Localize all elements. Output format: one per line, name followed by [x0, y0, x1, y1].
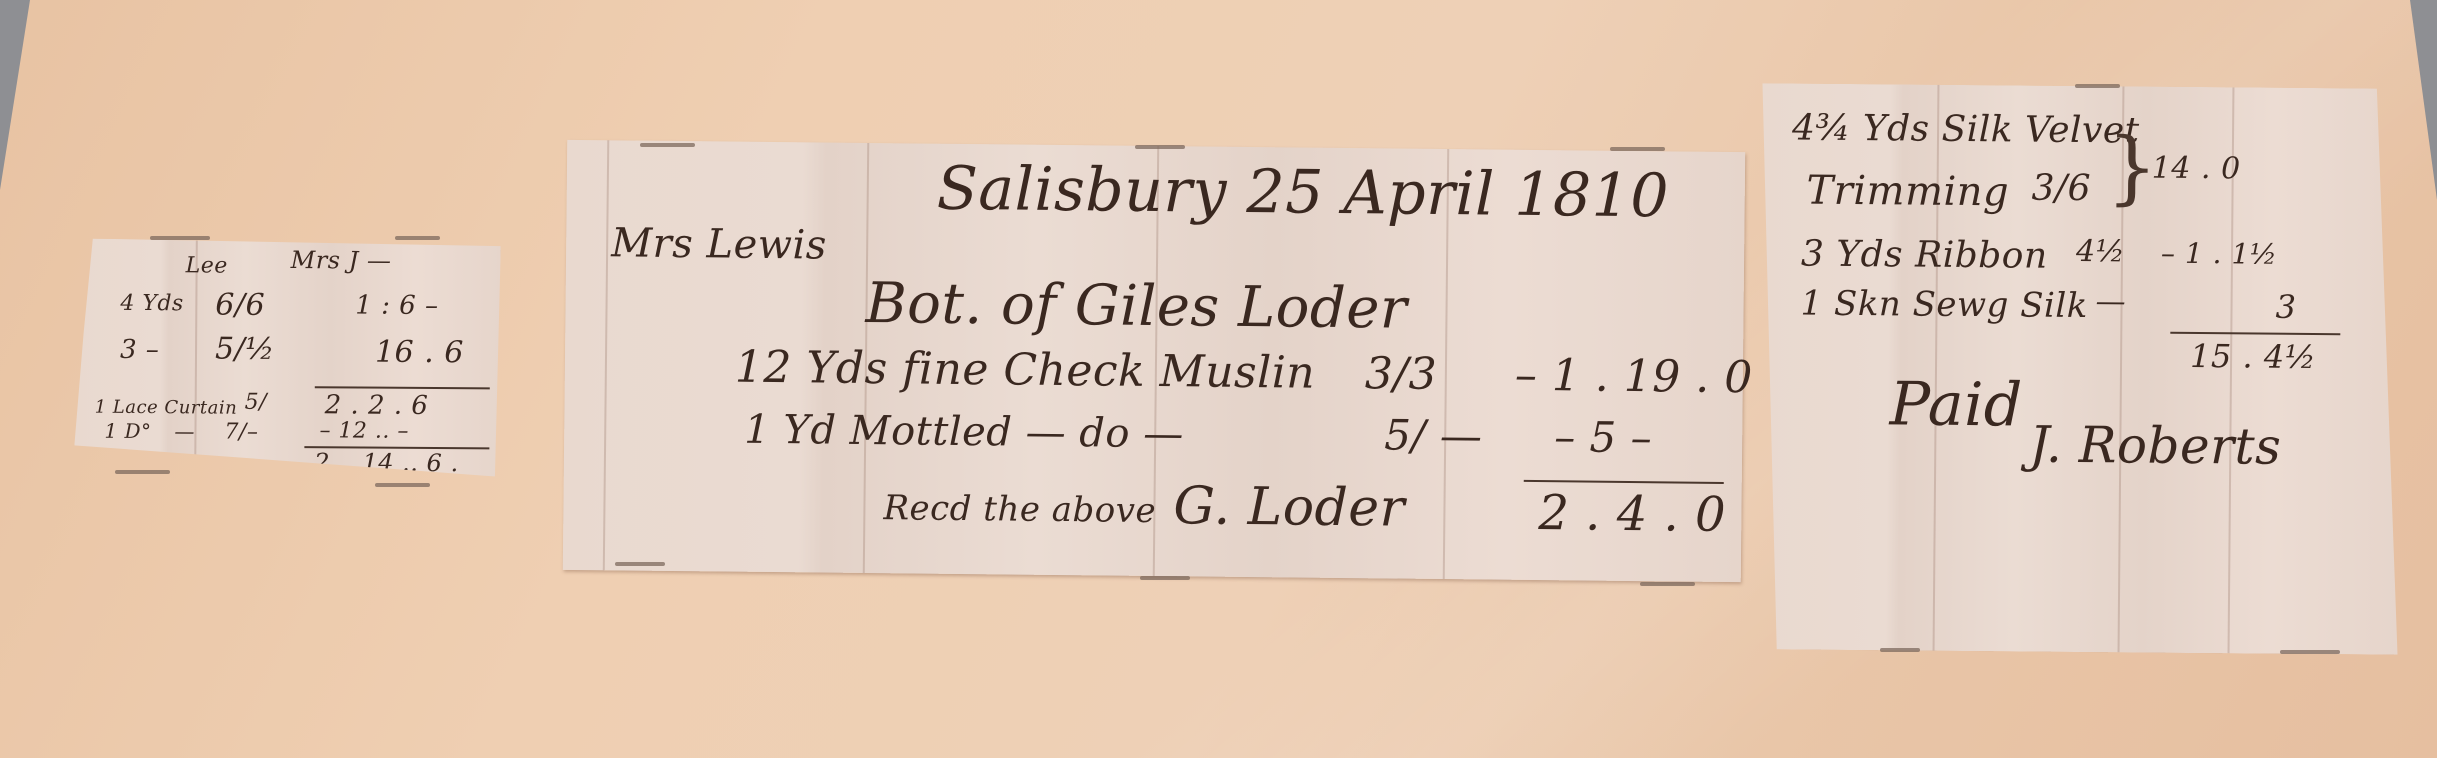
subtotal-rule — [315, 386, 490, 389]
line-item: — — [174, 419, 195, 443]
line-rate: 6/6 — [215, 287, 265, 322]
subtotal-amount: 2 . 2 . 6 — [325, 390, 429, 421]
mount-hinge — [640, 143, 695, 147]
acknowledgement: Paid — [1889, 369, 2023, 440]
receipt-header-recipient: Mrs J — — [291, 246, 392, 275]
mount-hinge — [1135, 145, 1185, 149]
seller: Bot. of Giles Loder — [865, 271, 1407, 342]
mount-hinge — [375, 483, 430, 487]
line-amount: 3 — [2275, 288, 2296, 326]
mount-hinge — [2280, 650, 2340, 654]
mount-hinge — [615, 562, 665, 566]
line-rate: 3/6 — [2031, 168, 2091, 210]
signature: G. Loder — [1173, 476, 1405, 538]
brace-glyph: } — [2106, 120, 2158, 213]
right-receipt: 4¾ Yds Silk Velvet Trimming 3/6 } 14 . 0… — [1758, 83, 2403, 655]
line-rate: 5/ — — [1384, 410, 1483, 460]
signature: J. Roberts — [2029, 416, 2281, 476]
place-date: Salisbury 25 April 1810 — [936, 154, 1669, 232]
line-qty: 3 – — [120, 335, 160, 365]
line-rate: 5/½ — [215, 331, 275, 366]
recipient: Mrs Lewis — [611, 220, 827, 268]
line-qty: 4 Yds — [120, 291, 184, 316]
receipt-total: 2 . 4 . 0 — [1538, 485, 1726, 543]
line-rate: 4½ — [2076, 234, 2125, 269]
mount-hinge — [2075, 84, 2120, 88]
acknowledgement: Recd the above — [883, 488, 1156, 531]
line-amount: – 1 . 1½ — [2161, 237, 2278, 271]
line-rate: 7/– — [224, 420, 258, 445]
mount-hinge — [1880, 648, 1920, 652]
mount-hinge — [150, 236, 210, 240]
line-amount: 1 : 6 – — [355, 290, 438, 321]
line-desc: 1 Yd Mottled — do — — [744, 407, 1184, 458]
line-amount: – 5 – — [1554, 412, 1652, 462]
receipt-header-name: Lee — [186, 253, 228, 278]
line-amount: – 12 .. – — [319, 418, 409, 444]
line-desc: 12 Yds fine Check Muslin — [735, 342, 1316, 399]
line-amount: 14 . 0 — [2152, 151, 2241, 187]
line-rate: 5/ — [245, 390, 268, 415]
line-desc: Trimming — [1806, 168, 2009, 216]
small-receipt: Lee Mrs J — 4 Yds 6/6 1 : 6 – 3 – 5/½ 16… — [74, 239, 501, 477]
mount-hinge — [115, 470, 170, 474]
receipt-total: 15 . 4½ — [2190, 337, 2316, 376]
line-qty: 1 Lace Curtain — [95, 397, 238, 419]
mount-hinge — [1610, 147, 1665, 151]
mount-hinge — [1140, 576, 1190, 580]
line-rate: 3/3 — [1365, 348, 1438, 400]
total-rule — [2170, 332, 2340, 335]
mount-hinge — [395, 236, 440, 240]
paper-fold — [603, 140, 610, 570]
line-desc: 4¾ Yds Silk Velvet — [1792, 107, 2140, 151]
line-amount: – 1 . 19 . 0 — [1515, 350, 1753, 403]
total-rule — [1524, 480, 1724, 484]
line-desc: 1 Skn Sewg Silk — [1800, 284, 2088, 327]
line-amount: 16 . 6 — [375, 335, 464, 371]
middle-receipt: Salisbury 25 April 1810 Mrs Lewis Bot. o… — [563, 140, 1745, 582]
line-rate: — — [2095, 284, 2126, 319]
line-qty: 1 D° — [104, 419, 151, 443]
mount-hinge — [1640, 582, 1695, 586]
line-desc: 3 Yds Ribbon — [1801, 234, 2048, 277]
